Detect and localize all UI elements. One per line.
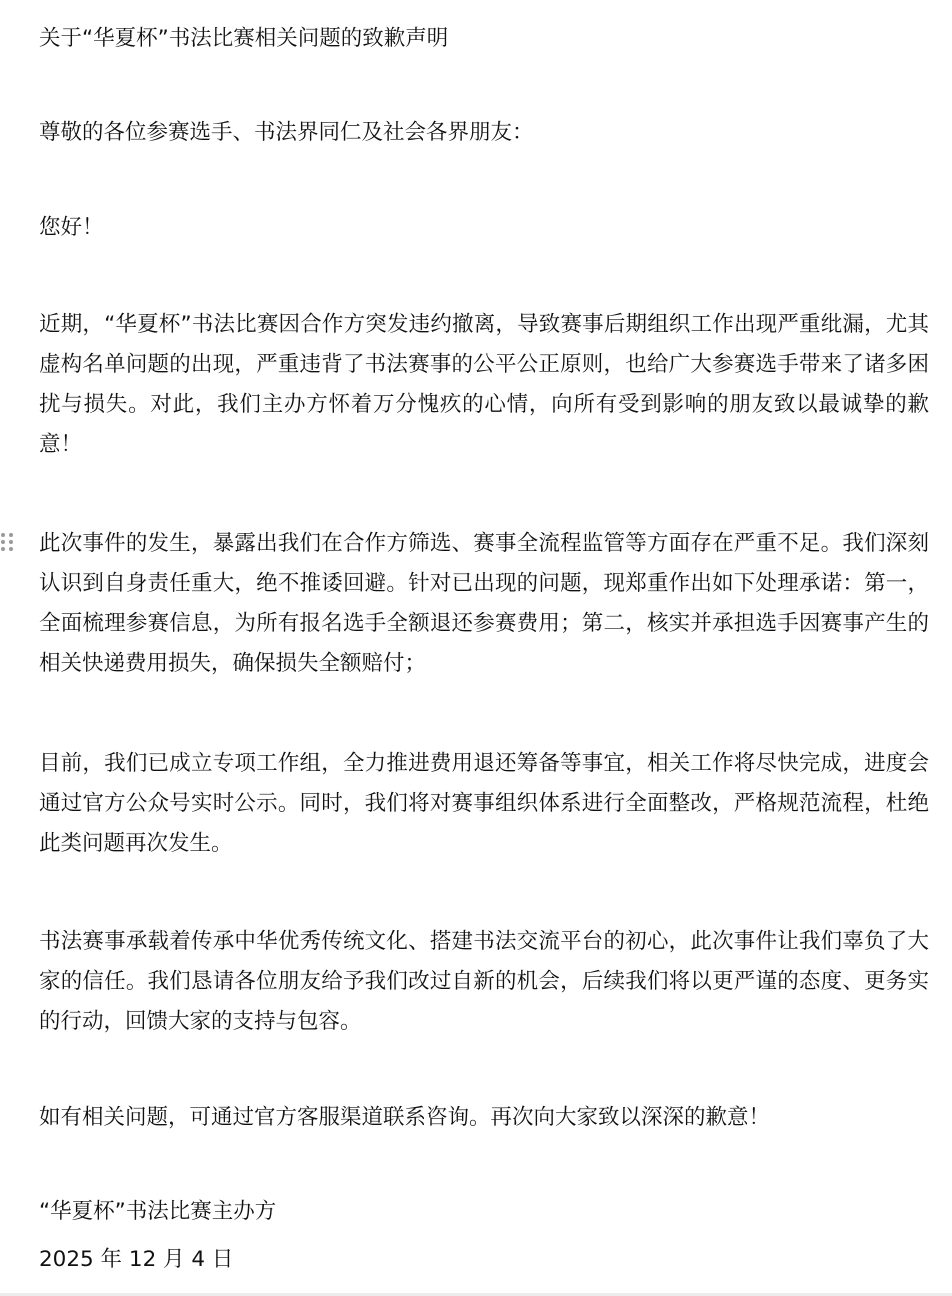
drag-dot: [9, 540, 13, 544]
paragraph-1: 近期，“华夏杯”书法比赛因合作方突发违约撤离，导致赛事后期组织工作出现严重纰漏，…: [39, 305, 929, 465]
drag-dot: [9, 547, 13, 551]
greeting: 您好！: [39, 208, 929, 248]
paragraph-4: 书法赛事承载着传承中华优秀传统文化、搭建书法交流平台的初心，此次事件让我们辜负了…: [39, 922, 929, 1042]
drag-dot: [1, 540, 5, 544]
paragraph-5: 如有相关问题，可通过官方客服渠道联系咨询。再次向大家致以深深的歉意！: [39, 1098, 929, 1138]
salutation: 尊敬的各位参赛选手、书法界同仁及社会各界朋友：: [39, 113, 929, 153]
drag-dot: [1, 533, 5, 537]
paragraph-2: 此次事件的发生，暴露出我们在合作方筛选、赛事全流程监管等方面存在严重不足。我们深…: [39, 524, 929, 684]
signature: “华夏杯”书法比赛主办方: [39, 1192, 929, 1232]
date: 2025 年 12 月 4 日: [39, 1240, 929, 1280]
drag-handle-icon[interactable]: [0, 533, 15, 553]
drag-dot: [9, 533, 13, 537]
document-title: 关于“华夏杯”书法比赛相关问题的致歉声明: [39, 19, 929, 59]
paragraph-3: 目前，我们已成立专项工作组，全力推进费用退还筹备等事宜，相关工作将尽快完成，进度…: [39, 744, 929, 864]
drag-dot: [1, 547, 5, 551]
